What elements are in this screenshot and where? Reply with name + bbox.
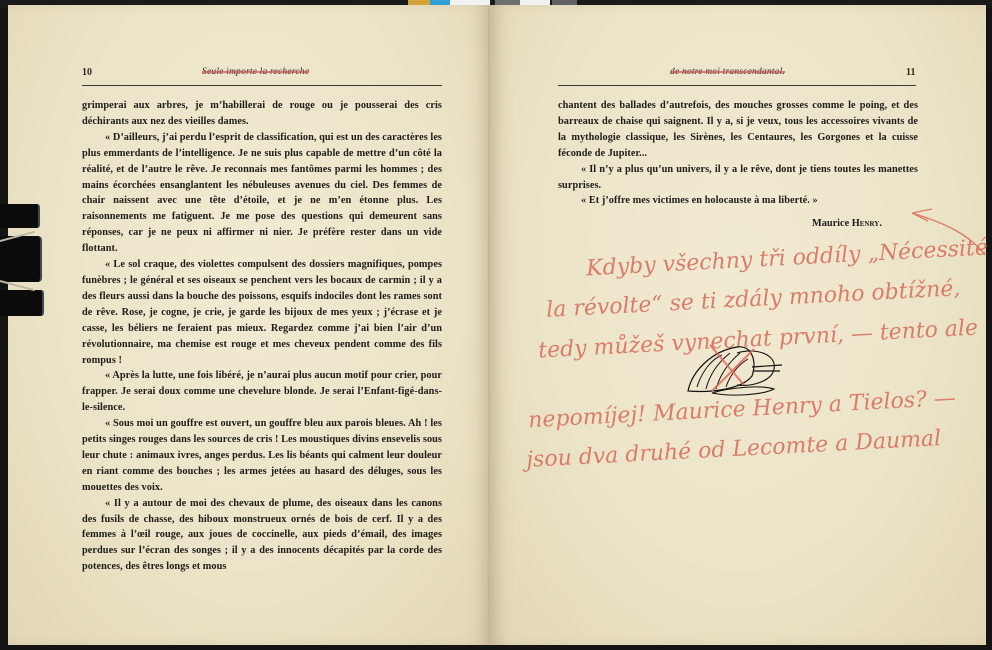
author-first-name: Maurice [812,218,852,229]
page-number: 11 [906,67,915,78]
handwritten-note-line: jsou dva druhé od Lecomte a Daumal [526,426,942,473]
shell-illustration-icon [682,341,792,401]
running-head-title: Seule importe la recherche [202,67,309,77]
paragraph: « Il y a autour de moi des chevaux de pl… [82,496,442,576]
paragraph: chantent des ballades d’autrefois, des m… [558,98,918,162]
left-page: 10 Seule importe la recherche grimperai … [8,5,490,645]
body-text-left: grimperai aux arbres, je m’habillerai de… [82,98,442,575]
author-signature: Maurice Henry. [812,218,882,229]
paragraph: « D’ailleurs, j’ai perdu l’esprit de cla… [82,130,442,257]
handwritten-note-line: Kdyby všechny tři oddíly „Nécessité de [586,234,992,282]
right-page: de notre moi transcendantal. 11 chantent… [490,5,986,645]
author-last-name: Henry. [852,218,882,229]
running-head-title: de notre moi transcendantal. [670,67,785,77]
paragraph: « Sous moi un gouffre est ouvert, un gou… [82,416,442,496]
paragraph: « Après la lutte, une fois libéré, je n’… [82,368,442,416]
binder-clip-jaw [0,290,44,316]
body-text-right: chantent des ballades d’autrefois, des m… [558,98,918,209]
binder-clip-jaw [0,204,40,228]
paragraph: « Et j’offre mes victimes en holocauste … [558,193,918,209]
header-rule [558,85,916,86]
paragraph: « Il n’y a plus qu’un univers, il y a le… [558,162,918,194]
binder-clip-body [0,236,42,282]
header-rule [82,85,442,86]
handwritten-note-line: la révolte“ se ti zdály mnoho obtížné, [546,276,961,323]
paragraph: grimperai aux arbres, je m’habillerai de… [82,98,442,130]
paragraph: « Le sol craque, des violettes compulsen… [82,257,442,368]
page-number: 10 [82,67,92,78]
